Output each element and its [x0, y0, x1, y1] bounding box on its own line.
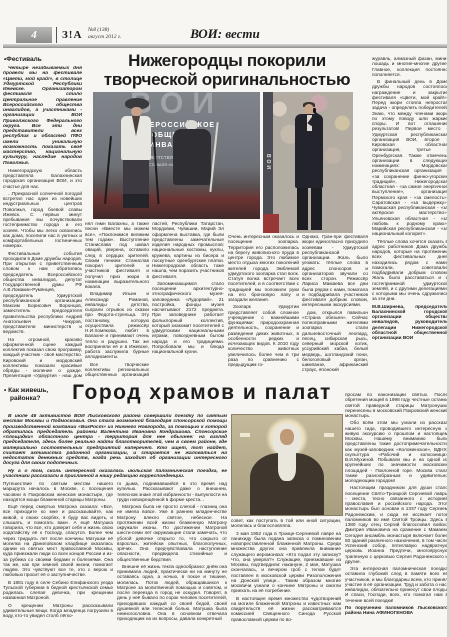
paragraph: 3 мая 1952 года в Троице-Сергиевой лавре…	[231, 531, 341, 594]
paragraph: Тёплые слова хочется сказать в адрес раб…	[372, 239, 448, 302]
icon-scarf-drape	[278, 451, 296, 481]
banner-voi-word: ВОИ	[93, 92, 260, 120]
article2-lead-paragraph: В июле 46 активистов ВОИ Лысковского рай…	[3, 414, 227, 467]
paragraph: Владимир Ильин и Александр Романов, инва…	[85, 291, 149, 359]
microphone	[313, 108, 316, 113]
paragraph: Однако, Гран-при фестиваля жюри единогла…	[302, 234, 368, 308]
paragraph: Запоминающимся стало посещение архитекту…	[152, 281, 224, 355]
newspaper-page: 4 З!А №8 (138) август 2012 г. ВОИ: вести…	[0, 0, 450, 637]
article1-title-line1: Нижегородцы покорили	[84, 52, 370, 71]
paragraph: просам по канонизации святых. После обре…	[345, 392, 448, 418]
article1-title: Нижегородцы покорили творческой оригинал…	[84, 52, 370, 89]
section-label-line1: • Как живешь,	[4, 387, 48, 395]
icon-inscription	[324, 433, 334, 437]
icon-inscription	[240, 433, 250, 437]
article2-col2: го дыма, поднимавшийся в это время над к…	[117, 481, 227, 635]
photo-singer: ВОИ	[263, 92, 353, 233]
paragraph: нял гимн Балахны, а также песни «Вместе …	[85, 221, 149, 289]
paragraph: совет, как поступать в той или иной ситу…	[231, 518, 341, 529]
paragraph: журавль, алмазный фазан, мини-лошадь и м…	[372, 56, 448, 77]
section-label-festival: •Фестиваль	[4, 56, 42, 64]
article2-col4: просам по канонизации святых. После обре…	[345, 392, 448, 617]
icon-face	[280, 429, 294, 445]
singer-leg	[297, 188, 308, 230]
paragraph: В настоящее время множество чудотворений…	[231, 596, 341, 622]
performer1-boots	[123, 194, 149, 208]
article1-signature: М.В.Ширнева, председатель Балахнинской г…	[372, 304, 448, 341]
photo2-side-banner: ВОИ	[263, 92, 273, 233]
section-label-raionka: • Как живешь, районка?	[4, 387, 48, 402]
article2-col3: совет, как поступать в той или иной ситу…	[231, 518, 341, 635]
paragraph: ластей, Республики Татарстан, Мордовии, …	[152, 221, 224, 279]
article1-col5: Однако, Гран-при фестиваля жюри единогла…	[302, 234, 368, 378]
article1-title-line2: творческой оригинальностью	[84, 71, 370, 90]
paragraph: Путешествие по святым местам нашего марш…	[3, 481, 113, 502]
article1-col1: Четыре незабываемых дня провели мы на фе…	[3, 66, 82, 378]
paragraph: Зоопарк Удмуртии представляет собой слож…	[228, 304, 299, 367]
article2-lead: В июле 46 активистов ВОИ Лысковского рай…	[3, 414, 227, 478]
paragraph: го дыма, поднимавшийся в это время над к…	[117, 481, 227, 502]
paragraph: В финальный день в Доме дружбы народов с…	[372, 79, 448, 237]
photo-stage-performers: ВОИ ВСЕРОССИЙСКОЕ ОБЩЕСТВО ИНВАЛИДОВ ПРИ…	[93, 92, 260, 219]
masthead: ВОИ: вести	[0, 26, 450, 42]
singer-leg	[311, 188, 322, 230]
article1-col2: нял гимн Балахны, а также песни «Вместе …	[85, 221, 149, 378]
section-label-line2: районка?	[4, 395, 48, 403]
paragraph: Фестивальные события проходили в Доме др…	[3, 251, 82, 335]
article2-lead-paragraph2: Ну а о том, сколь интересной оказалась и…	[3, 469, 227, 479]
paragraph: Эта интересная паломническая поездка ост…	[345, 566, 448, 603]
performer1-face	[131, 107, 142, 116]
header-rule	[3, 44, 447, 48]
article2-byline: По поручению паломников Лысковского райо…	[345, 605, 448, 616]
paragraph: Все творческие коллективы региональных о…	[85, 362, 149, 379]
paragraph: дом, открылся павильон «Страна обезьян».…	[302, 310, 368, 373]
paragraph: Настоящим праздником для души стало посе…	[345, 485, 448, 564]
paragraph: Нижегородскую область представляла Балах…	[3, 168, 82, 189]
performer2-coat	[173, 129, 211, 185]
article2-col1: Путешествие по святым местам нашего марш…	[3, 481, 113, 635]
performer1-legs	[123, 160, 149, 194]
paragraph: О крещении Матроны рассказывали удивител…	[3, 603, 113, 619]
paragraph: На огромной, красиво оформленной сцене к…	[3, 337, 82, 379]
photo-matrona-icon	[231, 414, 343, 516]
banner-line1: ВСЕРОССИЙСКОЕ	[93, 122, 260, 129]
paragraph: Ещё перед смертью Матрона сказала: «Все,…	[3, 504, 113, 578]
photo2-red-patch	[263, 214, 279, 233]
paragraph: Обо всём этом мы узнали из рассказа наше…	[345, 420, 448, 483]
paragraph: Очень интересным оказалось и посещение з…	[228, 234, 299, 302]
paragraph: ...Прекрасной солнечной погодой встретил…	[3, 191, 82, 249]
article1-col3: ластей, Республики Татарстан, Мордовии, …	[152, 221, 224, 378]
article2-title: Город храмов и палат	[56, 381, 348, 404]
paragraph: В 1881 году в селе Себино Епифанского уе…	[3, 580, 113, 601]
paragraph: Матрона была не просто слепой - глазниц …	[117, 504, 227, 562]
paragraph: Внешне её жизнь текла однообразно: днём …	[117, 564, 227, 622]
article1-col6: журавль, алмазный фазан, мини-лошадь и м…	[372, 56, 448, 378]
article1-col4: Очень интересным оказалось и посещение з…	[228, 234, 299, 378]
article1-lead: Четыре незабываемых дня провели мы на фе…	[3, 66, 82, 166]
